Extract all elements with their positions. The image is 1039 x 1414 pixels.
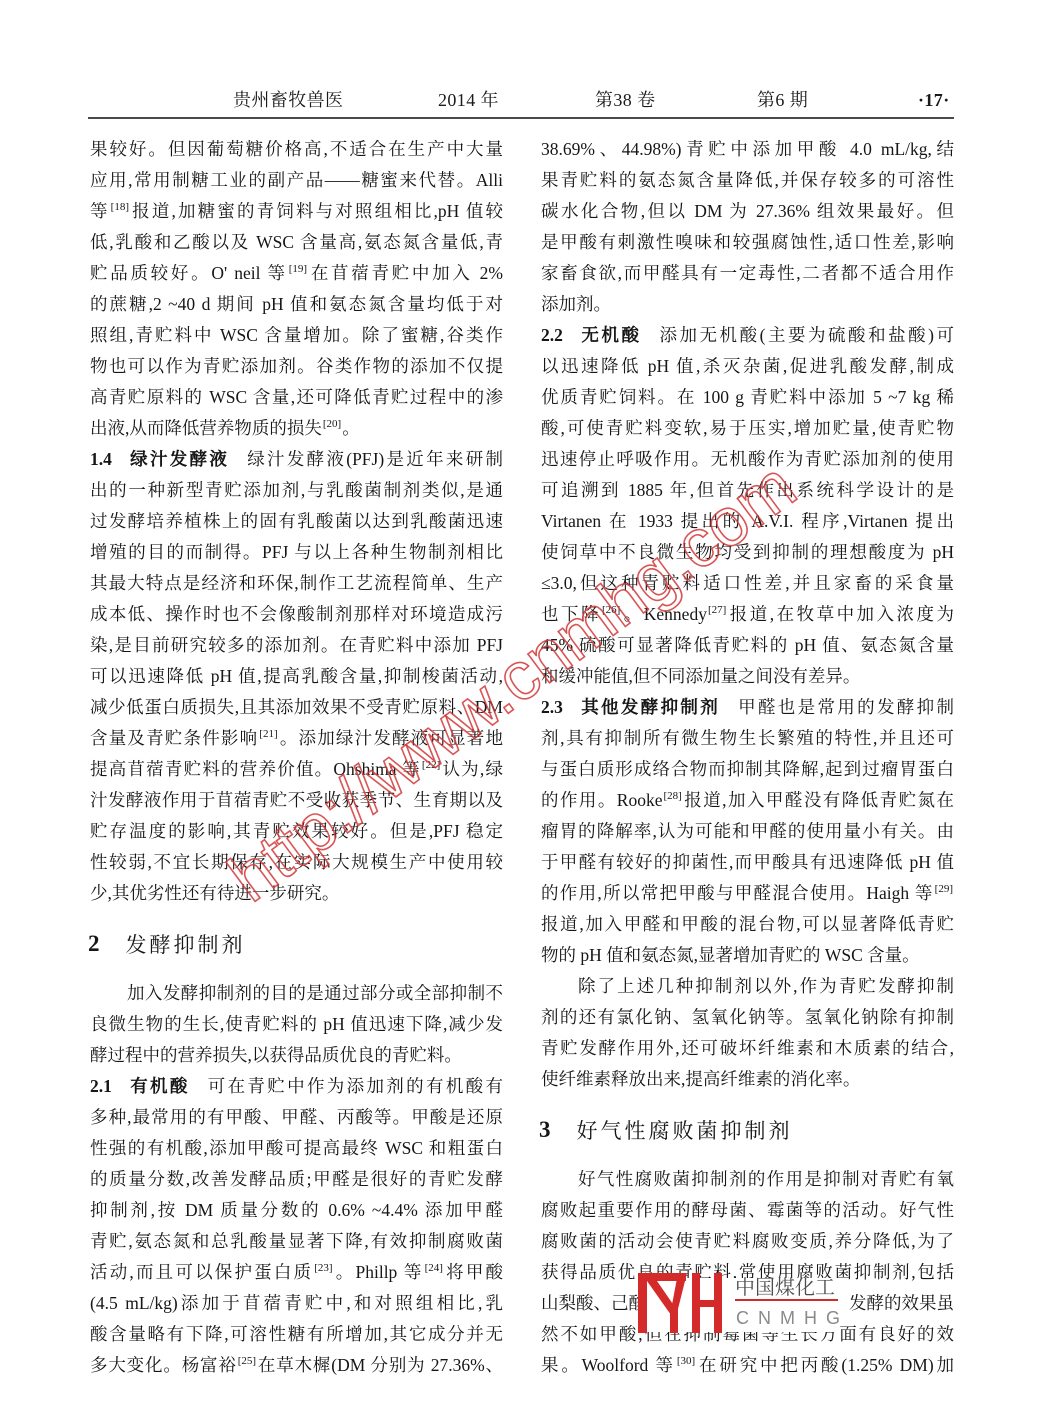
text-run: 物的 pH 值和氨态氮,显著增加青贮的 WSC 含量。 bbox=[541, 945, 920, 965]
citation-ref: [20] bbox=[323, 418, 341, 430]
text-line: 腐败菌的活动会使青贮料腐败变质,养分降低,为了 bbox=[541, 1226, 954, 1257]
text-line: 照组,青贮料中 WSC 含量增加。除了蜜糖,谷类作 bbox=[90, 320, 503, 351]
text-line: 使纤维素释放出来,提高纤维素的消化率。 bbox=[541, 1064, 954, 1095]
text-run: 酵过程中的营养损失,以获得品质优良的青贮料。 bbox=[90, 1045, 462, 1065]
cnmhg-logo: 中国煤化工 CNMHG bbox=[630, 1260, 850, 1340]
text-run: 好气性腐败菌抑制剂的作用是抑制对青贮有氧 bbox=[578, 1169, 954, 1189]
text-run: 剂,具有抑制所有微生物生长繁殖的特性,并且还可 bbox=[541, 728, 954, 748]
text-line: 2.3其他发酵抑制剂甲醛也是常用的发酵抑制 bbox=[541, 692, 954, 723]
text-run: 的作用,所以常把甲酸与甲醛混合使用。Haigh 等 bbox=[541, 883, 934, 903]
text-run: 增殖的目的而制得。PFJ 与以上各种生物制剂相比 bbox=[90, 542, 503, 562]
citation-ref: [18] bbox=[111, 201, 129, 213]
text-line: 多种,最常用的有甲酸、甲醛、丙酸等。甲酸是还原 bbox=[90, 1102, 503, 1133]
text-run: 报道,加糖蜜的青饲料与对照组相比,pH 值较 bbox=[130, 201, 503, 221]
text-line: 青贮,氨态氮和总乳酸量显著下降,有效抑制腐败菌 bbox=[90, 1226, 503, 1257]
text-run: (4.5 mL/kg)添加于苜蓿青贮中,和对照组相比,乳 bbox=[90, 1293, 503, 1313]
text-run: 剂的还有氯化钠、氢氧化钠等。氢氧化钠除有抑制 bbox=[541, 1007, 954, 1027]
text-run: 酸,可使青贮料变软,易于压实,增加贮量,使青贮物 bbox=[541, 418, 954, 438]
text-line: (4.5 mL/kg)添加于苜蓿青贮中,和对照组相比,乳 bbox=[90, 1288, 503, 1319]
text-line: 以迅速降低 pH 值,杀灭杂菌,促进乳酸发酵,制成 bbox=[541, 351, 954, 382]
text-line: 含量及青贮条件影响[21]。添加绿汁发酵液可显著地 bbox=[90, 723, 503, 754]
text-run: 可以迅速降低 pH 值,提高乳酸含量,抑制梭菌活动, bbox=[90, 666, 503, 686]
text-line: 贮品质较好。O' neil 等[19]在苜蓿青贮中加入 2% bbox=[90, 258, 503, 289]
text-run: 使纤维素释放出来,提高纤维素的消化率。 bbox=[541, 1069, 860, 1089]
logo-english-text: CNMHG bbox=[736, 1308, 849, 1328]
text-run: 果较好。但因葡萄糖价格高,不适合在生产中大量 bbox=[90, 139, 503, 159]
text-line: 45% 硫酸可显著降低青贮料的 pH 值、氨态氮含量 bbox=[541, 630, 954, 661]
logo-divider bbox=[735, 1299, 838, 1301]
text-line: 贮存温度的影响,其青贮效果较好。但是,PFJ 稳定 bbox=[90, 816, 503, 847]
text-line: 除了上述几种抑制剂以外,作为青贮发酵抑制 bbox=[541, 971, 954, 1002]
logo-chinese-text: 中国煤化工 bbox=[735, 1275, 835, 1299]
text-line: 果青贮料的氨态氮含量降低,并保存较多的可溶性 bbox=[541, 165, 954, 196]
text-run: 成本低、操作时也不会像酸制剂那样对环境造成污 bbox=[90, 604, 503, 624]
text-run: 果青贮料的氨态氮含量降低,并保存较多的可溶性 bbox=[541, 170, 954, 190]
text-run: 应用,常用制糖工业的副产品——糖蜜来代替。Alli bbox=[90, 170, 503, 190]
page-number: ·17· bbox=[918, 89, 950, 111]
text-line: 好气性腐败菌抑制剂的作用是抑制对青贮有氧 bbox=[541, 1164, 954, 1195]
text-run: 减少低蛋白质损失,且其添加效果不受青贮原料、DM bbox=[90, 697, 503, 717]
text-line: 腐败起重要作用的酵母菌、霉菌等的活动。好气性 bbox=[541, 1195, 954, 1226]
publication-year: 2014 年 bbox=[438, 89, 499, 111]
journal-name: 贵州畜牧兽医 bbox=[233, 89, 343, 111]
text-run: 。Phillp 等 bbox=[334, 1262, 424, 1282]
text-line: 少,其优劣性还有待进一步研究。 bbox=[90, 878, 503, 909]
subsection-number: 2.3 bbox=[541, 697, 563, 717]
text-line: 高青贮原料的 WSC 含量,还可降低青贮过程中的渗 bbox=[90, 382, 503, 413]
text-line: 活动,而且可以保护蛋白质[23]。Phillp 等[24]将甲酸 bbox=[90, 1257, 503, 1288]
text-line: 等[18]报道,加糖蜜的青饲料与对照组相比,pH 值较 bbox=[90, 196, 503, 227]
text-line: 是甲酸有刺激性嗅味和较强腐蚀性,适口性差,影响 bbox=[541, 227, 954, 258]
subsection-title: 绿汁发酵液 bbox=[128, 450, 229, 470]
text-run: 低,乳酸和乙酸以及 WSC 含量高,氨态氮含量低,青 bbox=[90, 232, 503, 252]
text-run: 报道,加入甲醛和甲酸的混台物,可以显著降低青贮 bbox=[541, 914, 954, 934]
text-run: 提高苜蓿青贮料的营养价值。Ohshima 等 bbox=[90, 759, 421, 779]
text-run: 活动,而且可以保护蛋白质 bbox=[90, 1262, 313, 1282]
subsection-number: 2.1 bbox=[90, 1076, 112, 1096]
text-run: 汁发酵液作用于苜蓿青贮不受收获季节、生育期以及 bbox=[90, 790, 503, 810]
text-run: 加入发酵抑制剂的目的是通过部分或全部抑制不 bbox=[127, 983, 503, 1003]
text-run: 和缓冲能值,但不同添加量之间没有差异。 bbox=[541, 666, 860, 686]
citation-ref: [25] bbox=[238, 1355, 256, 1367]
text-line: 提高苜蓿青贮料的营养价值。Ohshima 等[22]认为,绿 bbox=[90, 754, 503, 785]
text-run: Virtanen 在 1933 提出的 A.V.I. 程序,Virtanen 提… bbox=[541, 511, 954, 531]
citation-ref: [24] bbox=[425, 1262, 443, 1274]
text-line: 增殖的目的而制得。PFJ 与以上各种生物制剂相比 bbox=[90, 537, 503, 568]
section-title: 好气性腐败菌抑制剂 bbox=[577, 1115, 793, 1145]
text-line: Virtanen 在 1933 提出的 A.V.I. 程序,Virtanen 提… bbox=[541, 506, 954, 537]
text-line: 也下降[26]。Kennedy[27]报道,在牧草中加入浓度为 bbox=[541, 599, 954, 630]
text-line: 染,是目前研究较多的添加剂。在青贮料中添加 PFJ bbox=[90, 630, 503, 661]
section-heading: 3好气性腐败菌抑制剂 bbox=[541, 1095, 954, 1164]
citation-ref: [21] bbox=[259, 728, 277, 740]
text-run: 少,其优劣性还有待进一步研究。 bbox=[90, 883, 339, 903]
text-line: 可追溯到 1885 年,但首先作出系统科学设计的是 bbox=[541, 475, 954, 506]
text-line: 于甲醛有较好的抑菌性,而甲酸具有迅速降低 pH 值 bbox=[541, 847, 954, 878]
text-line: 物也可以作为青贮添加剂。谷类作物的添加不仅提 bbox=[90, 351, 503, 382]
text-run: 在草木樨(DM 分别为 27.36%、 bbox=[257, 1355, 503, 1375]
text-run: 照组,青贮料中 WSC 含量增加。除了蜜糖,谷类作 bbox=[90, 325, 503, 345]
text-line: 多大变化。杨富裕[25]在草木樨(DM 分别为 27.36%、 bbox=[90, 1350, 503, 1381]
text-run: 青贮发酵作用外,还可破坏纤维素和木质素的结合, bbox=[541, 1038, 954, 1058]
text-run: 果。Woolford 等 bbox=[541, 1355, 676, 1375]
text-run: 的质量分数,改善发酵品质;甲醛是很好的青贮发酵 bbox=[90, 1169, 503, 1189]
text-line: 家畜食欲,而甲醛具有一定毒性,二者都不适合用作 bbox=[541, 258, 954, 289]
text-line: 的作用,所以常把甲酸与甲醛混合使用。Haigh 等[29] bbox=[541, 878, 954, 909]
text-line: 报道,加入甲醛和甲酸的混台物,可以显著降低青贮 bbox=[541, 909, 954, 940]
citation-ref: [29] bbox=[935, 883, 953, 895]
text-run: 迅速停止呼吸作用。无机酸作为青贮添加剂的使用 bbox=[541, 449, 954, 469]
text-line: 其最大特点是经济和环保,制作工艺流程简单、生产 bbox=[90, 568, 503, 599]
section-number: 2 bbox=[88, 931, 100, 957]
subsection-number: 1.4 bbox=[90, 449, 112, 469]
text-run: 绿汁发酵液(PFJ)是近年来研制 bbox=[247, 449, 503, 469]
text-run: ≤3.0,但这种青贮料适口性差,并且家畜的采食量 bbox=[541, 573, 954, 593]
subsection-title: 其他发酵抑制剂 bbox=[579, 698, 720, 718]
text-run: 报道,在牧草中加入浓度为 bbox=[727, 604, 954, 624]
text-run: 性较弱,不宜长期保存,在实际大规模生产中使用较 bbox=[90, 852, 503, 872]
text-line: 的蔗糖,2 ~40 d 期间 pH 值和氨态氮含量均低于对 bbox=[90, 289, 503, 320]
text-line: 酸含量略有下降,可溶性糖有所增加,其它成分并无 bbox=[90, 1319, 503, 1350]
section-heading: 2发酵抑制剂 bbox=[90, 909, 503, 978]
volume-number: 第38 卷 bbox=[595, 89, 656, 111]
text-run: 认为,绿 bbox=[441, 759, 503, 779]
text-line: 2.1有机酸可在青贮中作为添加剂的有机酸有 bbox=[90, 1071, 503, 1102]
text-run: 添加剂。 bbox=[541, 294, 611, 314]
text-line: 良微生物的生长,使青贮料的 pH 值迅速下降,减少发 bbox=[90, 1009, 503, 1040]
text-line: 出的一种新型青贮添加剂,与乳酸菌制剂类似,是通 bbox=[90, 475, 503, 506]
logo-mark-icon bbox=[638, 1273, 722, 1333]
text-run: 报道,加入甲醛没有降低青贮氮在 bbox=[683, 790, 954, 810]
text-line: 添加剂。 bbox=[541, 289, 954, 320]
section-number: 3 bbox=[539, 1117, 551, 1143]
text-run: 。 bbox=[342, 418, 360, 438]
text-run: 多大变化。杨富裕 bbox=[90, 1355, 237, 1375]
text-run: 38.69%、44.98%)青贮中添加甲酸 4.0 mL/kg,结 bbox=[541, 139, 954, 159]
text-run: 等 bbox=[90, 201, 110, 221]
issue-number: 第6 期 bbox=[757, 89, 808, 111]
text-run: 将甲酸 bbox=[444, 1262, 503, 1282]
text-line: 的作用。Rooke[28]报道,加入甲醛没有降低青贮氮在 bbox=[541, 785, 954, 816]
header-rule bbox=[88, 117, 954, 119]
subsection-title: 无机酸 bbox=[579, 326, 642, 346]
text-line: 优质青贮饲料。在 100 g 青贮料中添加 5 ~7 kg 稀 bbox=[541, 382, 954, 413]
text-line: 的质量分数,改善发酵品质;甲醛是很好的青贮发酵 bbox=[90, 1164, 503, 1195]
text-run: 出的一种新型青贮添加剂,与乳酸菌制剂类似,是通 bbox=[90, 480, 503, 500]
text-run: 的蔗糖,2 ~40 d 期间 pH 值和氨态氮含量均低于对 bbox=[90, 294, 503, 314]
left-column: 果较好。但因葡萄糖价格高,不适合在生产中大量应用,常用制糖工业的副产品——糖蜜来… bbox=[90, 134, 503, 1381]
subsection-number: 2.2 bbox=[541, 325, 563, 345]
text-line: 瘤胃的降解率,认为可能和甲醛的使用量小有关。由 bbox=[541, 816, 954, 847]
text-line: 与蛋白质形成络合物而抑制其降解,起到过瘤胃蛋白 bbox=[541, 754, 954, 785]
text-line: 汁发酵液作用于苜蓿青贮不受收获季节、生育期以及 bbox=[90, 785, 503, 816]
text-line: 剂,具有抑制所有微生物生长繁殖的特性,并且还可 bbox=[541, 723, 954, 754]
text-line: 碳水化合物,但以 DM 为 27.36% 组效果最好。但 bbox=[541, 196, 954, 227]
text-run: 甲醛也是常用的发酵抑制 bbox=[738, 697, 954, 717]
citation-ref: [30] bbox=[677, 1355, 695, 1367]
text-run: 性强的有机酸,添加甲酸可提高最终 WSC 和粗蛋白 bbox=[90, 1138, 503, 1158]
text-run: 于甲醛有较好的抑菌性,而甲酸具有迅速降低 pH 值 bbox=[541, 852, 954, 872]
text-run: 也下降 bbox=[541, 604, 601, 624]
text-run: 。Kennedy bbox=[621, 604, 707, 624]
text-line: 应用,常用制糖工业的副产品——糖蜜来代替。Alli bbox=[90, 165, 503, 196]
text-line: 2.2无机酸添加无机酸(主要为硫酸和盐酸)可 bbox=[541, 320, 954, 351]
text-run: 在苜蓿青贮中加入 2% bbox=[308, 263, 503, 283]
text-line: 性较弱,不宜长期保存,在实际大规模生产中使用较 bbox=[90, 847, 503, 878]
text-run: 含量及青贮条件影响 bbox=[90, 728, 258, 748]
text-line: 成本低、操作时也不会像酸制剂那样对环境造成污 bbox=[90, 599, 503, 630]
text-line: 出液,从而降低营养物质的损失[20]。 bbox=[90, 413, 503, 444]
text-run: 使饲草中不良微生物均受到抑制的理想酸度为 pH bbox=[541, 542, 954, 562]
text-run: 在研究中把丙酸(1.25% DM)加 bbox=[696, 1355, 954, 1375]
text-line: 38.69%、44.98%)青贮中添加甲酸 4.0 mL/kg,结 bbox=[541, 134, 954, 165]
text-line: 加入发酵抑制剂的目的是通过部分或全部抑制不 bbox=[90, 978, 503, 1009]
text-line: 性强的有机酸,添加甲酸可提高最终 WSC 和粗蛋白 bbox=[90, 1133, 503, 1164]
text-run: 其最大特点是经济和环保,制作工艺流程简单、生产 bbox=[90, 573, 503, 593]
text-line: 和缓冲能值,但不同添加量之间没有差异。 bbox=[541, 661, 954, 692]
text-line: 果较好。但因葡萄糖价格高,不适合在生产中大量 bbox=[90, 134, 503, 165]
text-run: 以迅速降低 pH 值,杀灭杂菌,促进乳酸发酵,制成 bbox=[541, 356, 954, 376]
text-run: 碳水化合物,但以 DM 为 27.36% 组效果最好。但 bbox=[541, 201, 954, 221]
text-line: 物的 pH 值和氨态氮,显著增加青贮的 WSC 含量。 bbox=[541, 940, 954, 971]
text-run: 发酵的效果虽 bbox=[849, 1288, 954, 1319]
text-run: 过发酵培养植株上的固有乳酸菌以达到乳酸菌迅速 bbox=[90, 511, 503, 531]
text-line: 酸,可使青贮料变软,易于压实,增加贮量,使青贮物 bbox=[541, 413, 954, 444]
text-run: 45% 硫酸可显著降低青贮料的 pH 值、氨态氮含量 bbox=[541, 635, 954, 655]
citation-ref: [23] bbox=[314, 1262, 332, 1274]
text-run: 染,是目前研究较多的添加剂。在青贮料中添加 PFJ bbox=[90, 635, 503, 655]
text-run: 贮品质较好。O' neil 等 bbox=[90, 263, 288, 283]
text-line: 剂的还有氯化钠、氢氧化钠等。氢氧化钠除有抑制 bbox=[541, 1002, 954, 1033]
text-run: 物也可以作为青贮添加剂。谷类作物的添加不仅提 bbox=[90, 356, 503, 376]
text-run: 可在青贮中作为添加剂的有机酸有 bbox=[208, 1076, 503, 1096]
citation-ref: [19] bbox=[289, 263, 307, 275]
text-run: 除了上述几种抑制剂以外,作为青贮发酵抑制 bbox=[578, 976, 954, 996]
text-run: 可追溯到 1885 年,但首先作出系统科学设计的是 bbox=[541, 480, 954, 500]
text-line: 1.4绿汁发酵液绿汁发酵液(PFJ)是近年来研制 bbox=[90, 444, 503, 475]
text-line: 低,乳酸和乙酸以及 WSC 含量高,氨态氮含量低,青 bbox=[90, 227, 503, 258]
text-run: 腐败菌的活动会使青贮料腐败变质,养分降低,为了 bbox=[541, 1231, 954, 1251]
text-line: 可以迅速降低 pH 值,提高乳酸含量,抑制梭菌活动, bbox=[90, 661, 503, 692]
citation-ref: [28] bbox=[664, 790, 682, 802]
text-run: 抑制剂,按 DM 质量分数的 0.6% ~4.4% 添加甲醛 bbox=[90, 1200, 503, 1220]
text-run: 与蛋白质形成络合物而抑制其降解,起到过瘤胃蛋白 bbox=[541, 759, 954, 779]
text-run: 贮存温度的影响,其青贮效果较好。但是,PFJ 稳定 bbox=[90, 821, 503, 841]
text-run: 良微生物的生长,使青贮料的 pH 值迅速下降,减少发 bbox=[90, 1014, 503, 1034]
text-run: 酸含量略有下降,可溶性糖有所增加,其它成分并无 bbox=[90, 1324, 503, 1344]
text-line: 使饲草中不良微生物均受到抑制的理想酸度为 pH bbox=[541, 537, 954, 568]
text-run: 青贮,氨态氮和总乳酸量显著下降,有效抑制腐败菌 bbox=[90, 1231, 503, 1251]
text-run: 是甲酸有刺激性嗅味和较强腐蚀性,适口性差,影响 bbox=[541, 232, 954, 252]
citation-ref: [22] bbox=[422, 759, 440, 771]
text-run: 高青贮原料的 WSC 含量,还可降低青贮过程中的渗 bbox=[90, 387, 503, 407]
text-line: ≤3.0,但这种青贮料适口性差,并且家畜的采食量 bbox=[541, 568, 954, 599]
section-title: 发酵抑制剂 bbox=[126, 929, 246, 959]
text-run: 家畜食欲,而甲醛具有一定毒性,二者都不适合用作 bbox=[541, 263, 954, 283]
text-line: 酵过程中的营养损失,以获得品质优良的青贮料。 bbox=[90, 1040, 503, 1071]
text-run: 腐败起重要作用的酵母菌、霉菌等的活动。好气性 bbox=[541, 1200, 954, 1220]
text-run: 的作用。Rooke bbox=[541, 790, 663, 810]
text-run: 瘤胃的降解率,认为可能和甲醛的使用量小有关。由 bbox=[541, 821, 954, 841]
text-line: 迅速停止呼吸作用。无机酸作为青贮添加剂的使用 bbox=[541, 444, 954, 475]
text-run: 。添加绿汁发酵液可显著地 bbox=[279, 728, 503, 748]
text-line: 过发酵培养植株上的固有乳酸菌以达到乳酸菌迅速 bbox=[90, 506, 503, 537]
citation-ref: [26] bbox=[602, 604, 620, 616]
citation-ref: [27] bbox=[708, 604, 726, 616]
text-line: 抑制剂,按 DM 质量分数的 0.6% ~4.4% 添加甲醛 bbox=[90, 1195, 503, 1226]
text-line: 青贮发酵作用外,还可破坏纤维素和木质素的结合, bbox=[541, 1033, 954, 1064]
text-run: 出液,从而降低营养物质的损失 bbox=[90, 418, 322, 438]
right-column: 38.69%、44.98%)青贮中添加甲酸 4.0 mL/kg,结果青贮料的氨态… bbox=[541, 134, 954, 1381]
text-run: 多种,最常用的有甲酸、甲醛、丙酸等。甲酸是还原 bbox=[90, 1107, 503, 1127]
text-line: 果。Woolford 等[30]在研究中把丙酸(1.25% DM)加 bbox=[541, 1350, 954, 1381]
text-line: 减少低蛋白质损失,且其添加效果不受青贮原料、DM bbox=[90, 692, 503, 723]
text-run: 优质青贮饲料。在 100 g 青贮料中添加 5 ~7 kg 稀 bbox=[541, 387, 954, 407]
text-run: 添加无机酸(主要为硫酸和盐酸)可 bbox=[659, 325, 954, 345]
subsection-title: 有机酸 bbox=[128, 1077, 190, 1097]
